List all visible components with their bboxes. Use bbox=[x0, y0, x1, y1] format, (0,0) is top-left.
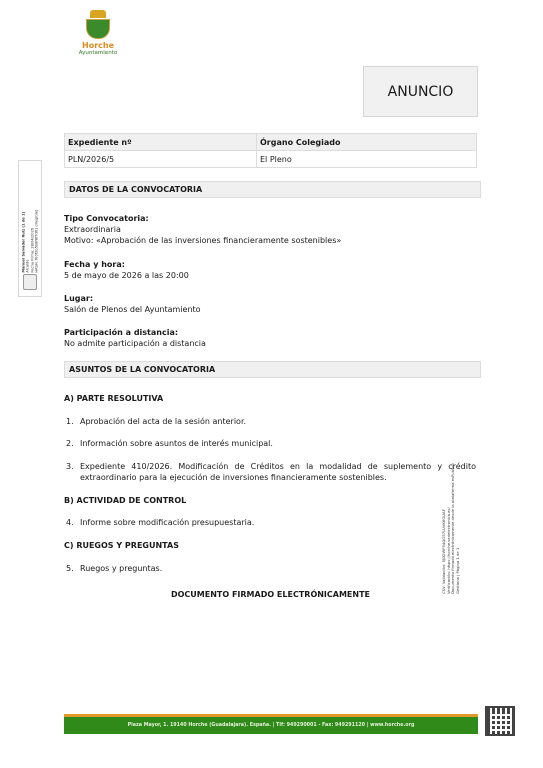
item-text: Informe sobre modificación presupuestari… bbox=[80, 517, 476, 528]
item-number: 1. bbox=[66, 416, 80, 427]
logo-subtitle: Ayuntamiento bbox=[76, 50, 120, 57]
agenda-item: 3.Expediente 410/2026. Modificación de C… bbox=[66, 461, 478, 483]
footer-bar: Plaza Mayor, 1. 19140 Horche (Guadalajar… bbox=[64, 714, 478, 734]
table-cell: PLN/2026/5 bbox=[65, 151, 257, 168]
signature-text: Manuel Salvador Ruiz (1 de 1) Alcalde Fe… bbox=[21, 147, 38, 273]
item-number: 5. bbox=[66, 563, 80, 574]
item-number: 2. bbox=[66, 438, 80, 449]
field-motivo: Motivo: «Aprobación de las inversiones f… bbox=[64, 235, 341, 246]
field-lugar: Lugar: Salón de Plenos del Ayuntamiento bbox=[64, 293, 201, 315]
table-cell: El Pleno bbox=[257, 151, 477, 168]
item-text: Ruegos y preguntas. bbox=[80, 563, 476, 574]
seal-icon bbox=[23, 274, 37, 290]
field-fecha: Fecha y hora: 5 de mayo de 2026 a las 20… bbox=[64, 259, 189, 281]
table-header-row: Expediente nº Órgano Colegiado bbox=[65, 134, 477, 151]
field-tipo: Tipo Convocatoria: Extraordinaria Motivo… bbox=[64, 213, 341, 246]
field-value: Extraordinaria bbox=[64, 224, 341, 235]
field-value: No admite participación a distancia bbox=[64, 338, 206, 349]
agenda-item: 4.Informe sobre modificación presupuesta… bbox=[66, 517, 478, 528]
item-number: 4. bbox=[66, 517, 80, 528]
signature-stamp: Manuel Salvador Ruiz (1 de 1) Alcalde Fe… bbox=[18, 160, 42, 297]
signed-note: DOCUMENTO FIRMADO ELECTRÓNICAMENTE bbox=[64, 590, 477, 599]
verification-text: CSV: Validación: 5JD2WF54QG57LUVK6GUAF V… bbox=[442, 454, 460, 594]
agenda-item: 2.Información sobre asuntos de interés m… bbox=[66, 438, 478, 449]
logo-name: Horche bbox=[76, 41, 120, 50]
field-label: Fecha y hora: bbox=[64, 259, 189, 270]
crown-icon bbox=[90, 10, 106, 18]
agenda-item: 1.Aprobación del acta de la sesión anter… bbox=[66, 416, 478, 427]
table-header-cell: Expediente nº bbox=[65, 134, 257, 151]
municipality-logo: Horche Ayuntamiento bbox=[76, 10, 120, 60]
field-value: 5 de mayo de 2026 a las 20:00 bbox=[64, 270, 189, 281]
item-text: Aprobación del acta de la sesión anterio… bbox=[80, 416, 476, 427]
item-text: Expediente 410/2026. Modificación de Cré… bbox=[80, 461, 476, 483]
item-text: Información sobre asuntos de interés mun… bbox=[80, 438, 476, 449]
table-header-cell: Órgano Colegiado bbox=[257, 134, 477, 151]
field-value: Salón de Plenos del Ayuntamiento bbox=[64, 304, 201, 315]
qr-code-icon bbox=[485, 706, 515, 736]
item-number: 3. bbox=[66, 461, 80, 472]
table-row: PLN/2026/5 El Pleno bbox=[65, 151, 477, 168]
expediente-table: Expediente nº Órgano Colegiado PLN/2026/… bbox=[64, 133, 477, 168]
section-header-datos: DATOS DE LA CONVOCATORIA bbox=[64, 181, 481, 198]
section-header-asuntos: ASUNTOS DE LA CONVOCATORIA bbox=[64, 361, 481, 378]
part-title-b: B) ACTIVIDAD DE CONTROL bbox=[64, 496, 186, 505]
signature-hash: HASH: f00f2b5b8f8f7d61 (illegible) bbox=[34, 147, 38, 273]
field-label: Participación a distancia: bbox=[64, 327, 206, 338]
part-title-a: A) PARTE RESOLUTIVA bbox=[64, 394, 163, 403]
agenda-item: 5.Ruegos y preguntas. bbox=[66, 563, 478, 574]
notice-title: ANUNCIO bbox=[363, 66, 478, 117]
field-label: Lugar: bbox=[64, 293, 201, 304]
field-label: Tipo Convocatoria: bbox=[64, 213, 341, 224]
field-participacion: Participación a distancia: No admite par… bbox=[64, 327, 206, 349]
part-title-c: C) RUEGOS Y PREGUNTAS bbox=[64, 541, 179, 550]
signed-platform-note: Documento firmado electrónicamente desde… bbox=[451, 454, 460, 594]
coat-of-arms-icon bbox=[86, 19, 110, 39]
